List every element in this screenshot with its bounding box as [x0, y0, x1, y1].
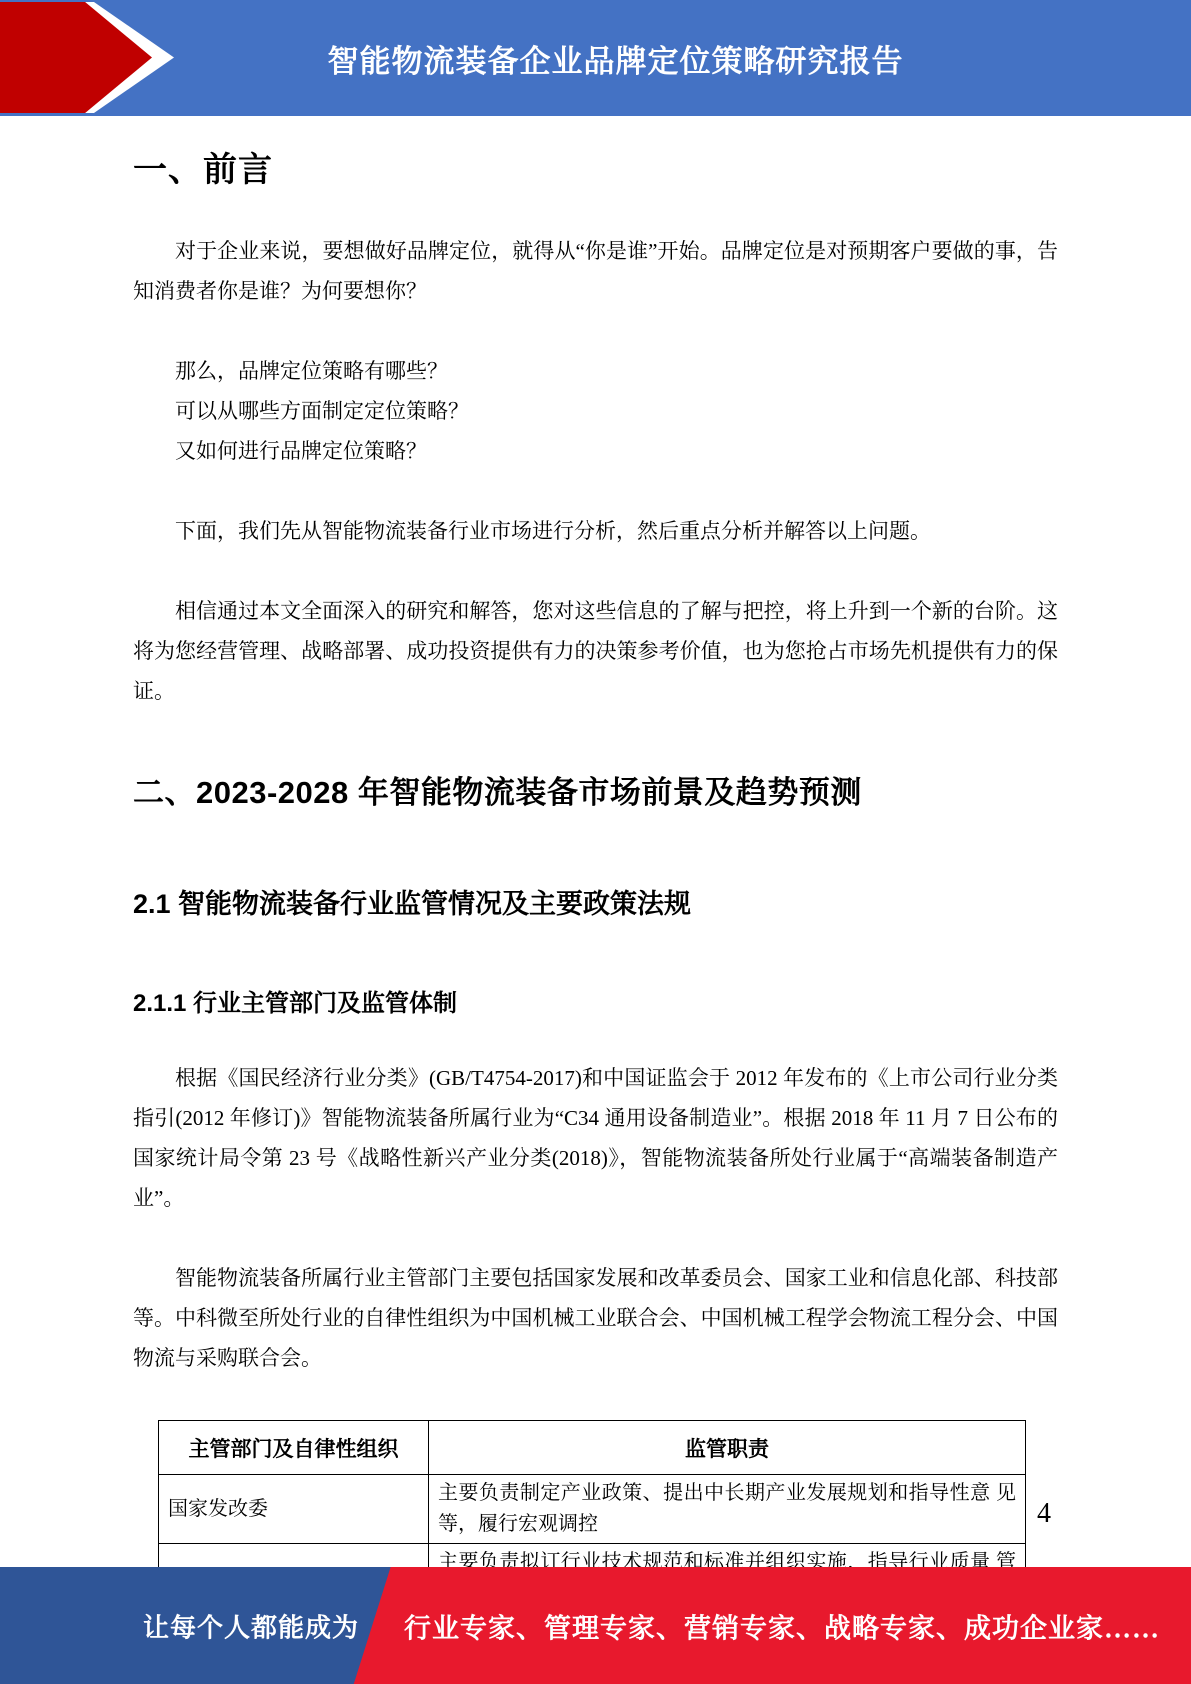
page-number: 4 [0, 1498, 1051, 1530]
footer-slogan-left: 让每个人都能成为 [143, 1607, 359, 1644]
header-arrow-icon [0, 2, 174, 113]
table-header-org: 主管部门及自律性组织 [159, 1421, 429, 1475]
paragraph-departments: 智能物流装备所属行业主管部门主要包括国家发展和改革委员会、国家工业和信息化部、科… [133, 1258, 1058, 1378]
arrow-red-shape [0, 2, 152, 113]
page-footer: 让每个人都能成为 行业专家、管理专家、营销专家、战略专家、成功企业家…… [0, 1567, 1191, 1684]
paragraph-classification: 根据《国民经济行业分类》(GB/T4754-2017)和中国证监会于 2012 … [133, 1058, 1058, 1218]
question-line-1: 那么，品牌定位策略有哪些？ [133, 351, 1058, 391]
report-page: 智能物流装备企业品牌定位策略研究报告 一、前言 对于企业来说，要想做好品牌定位，… [0, 0, 1191, 1684]
question-line-3: 又如何进行品牌定位策略？ [133, 431, 1058, 471]
question-line-2: 可以从哪些方面制定定位策略？ [133, 391, 1058, 431]
heading-preface: 一、前言 [133, 142, 1058, 191]
report-title: 智能物流装备企业品牌定位策略研究报告 [288, 36, 904, 81]
heading-regulation: 2.1 智能物流装备行业监管情况及主要政策法规 [133, 882, 1058, 921]
question-block: 那么，品牌定位策略有哪些？ 可以从哪些方面制定定位策略？ 又如何进行品牌定位策略… [133, 351, 1058, 471]
footer-slogan-right: 行业专家、管理专家、营销专家、战略专家、成功企业家…… [404, 1606, 1160, 1645]
paragraph-intro: 对于企业来说，要想做好品牌定位，就得从“你是谁”开始。品牌定位是对预期客户要做的… [133, 231, 1058, 311]
document-body: 一、前言 对于企业来说，要想做好品牌定位，就得从“你是谁”开始。品牌定位是对预期… [0, 116, 1191, 1643]
table-header-duty: 监管职责 [429, 1421, 1026, 1475]
paragraph-transition: 下面，我们先从智能物流装备行业市场进行分析，然后重点分析并解答以上问题。 [133, 511, 1058, 551]
heading-dept-system: 2.1.1 行业主管部门及监管体制 [133, 983, 1058, 1018]
table-header-row: 主管部门及自律性组织 监管职责 [159, 1421, 1026, 1475]
paragraph-value: 相信通过本文全面深入的研究和解答，您对这些信息的了解与把控，将上升到一个新的台阶… [133, 591, 1058, 711]
heading-market-forecast: 二、2023-2028 年智能物流装备市场前景及趋势预测 [133, 767, 1058, 812]
page-header: 智能物流装备企业品牌定位策略研究报告 [0, 0, 1191, 116]
